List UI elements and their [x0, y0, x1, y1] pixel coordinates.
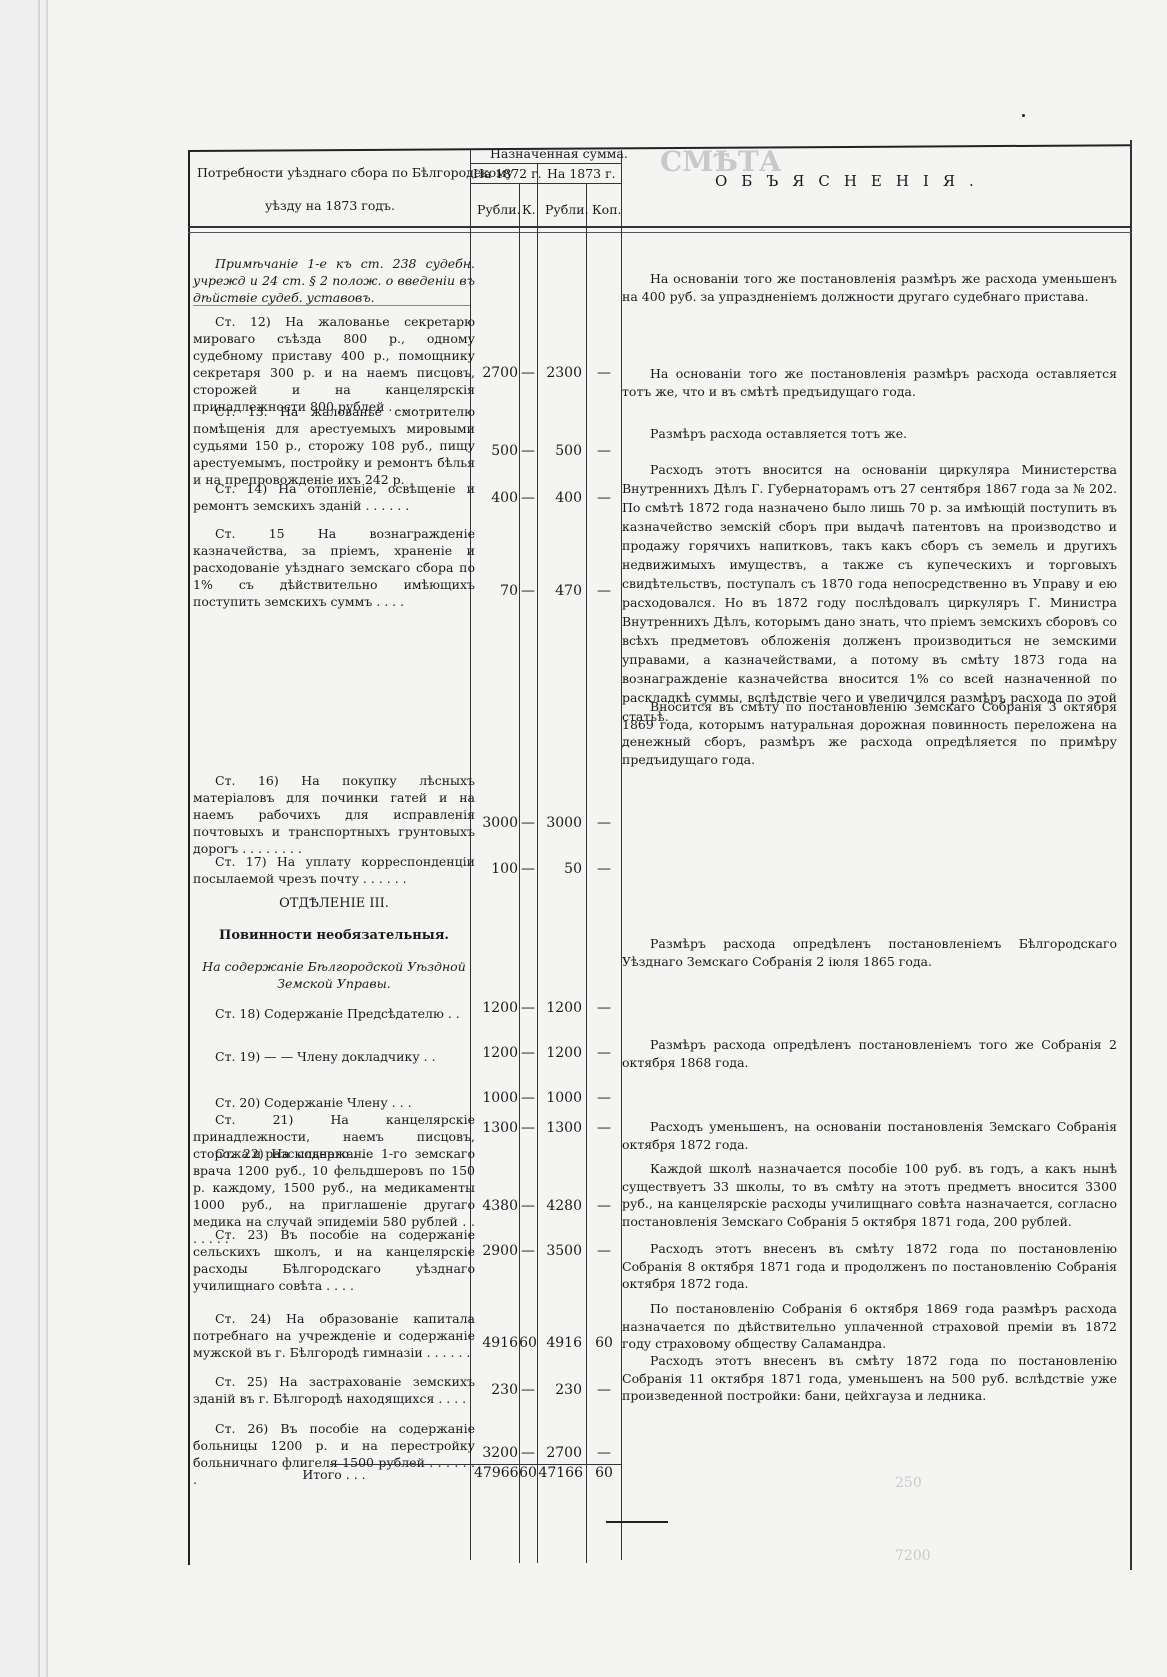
kop-1873: 60 — [590, 1335, 618, 1351]
explanation-text: По постановленію Собранія 6 октября 1869… — [622, 1300, 1117, 1353]
amount-1872: 3000 — [478, 815, 518, 831]
amount-1873: 4280 — [540, 1198, 582, 1214]
row-text: Ст. 20) Содержаніе Члену . . . — [193, 1094, 475, 1111]
amount-1872: 3200 — [478, 1445, 518, 1461]
amount-1872: 1200 — [478, 1000, 518, 1016]
scan-margin — [0, 0, 48, 1677]
kop-1872: — — [518, 1382, 538, 1398]
amount-1873: 470 — [540, 583, 582, 599]
table-row: Ст. 18) Содержаніе Предсѣдателю . . — [193, 1005, 475, 1022]
section-3-heading: На содержаніе Бѣлгородской Уѣздной Земск… — [193, 958, 475, 992]
explanation-st19: Размѣръ расхода опредѣленъ постановленіе… — [622, 1036, 1117, 1071]
kop-1872: — — [518, 365, 538, 381]
explanation-text: Расходъ уменьшенъ, на основаніи постанов… — [622, 1118, 1117, 1153]
explanation-st23: Каждой школѣ назначается пособіе 100 руб… — [622, 1160, 1117, 1230]
table-row: Ст. 17) На уплату корреспонденціи посыла… — [193, 853, 475, 887]
explanations-title: ОБЪЯСНЕНІЯ. — [715, 172, 988, 190]
amount-1872: 100 — [478, 861, 518, 877]
kop-1872: — — [518, 815, 538, 831]
closing-rule — [606, 1521, 668, 1523]
amount-1873: 400 — [540, 490, 582, 506]
explanation-text: Вносится въ смѣту по постановленію Земск… — [622, 698, 1117, 768]
row-text: Ст. 24) На образованіе капитала потребна… — [193, 1310, 475, 1361]
year-1873-header: На 1873 г. — [547, 166, 616, 181]
explanation-text: На основаніи того же постановленія размѣ… — [622, 270, 1117, 305]
total-label: Итого . . . — [193, 1466, 475, 1483]
col-divider — [586, 183, 587, 1563]
amount-1872: 4916 — [478, 1335, 518, 1351]
section-3-title: ОТДѢЛЕНІЕ III. — [193, 895, 475, 912]
note-entry: Примѣчаніе 1-е къ ст. 238 судебн. учрежд… — [193, 255, 475, 306]
row-text: Примѣчаніе 1-е къ ст. 238 судебн. учрежд… — [193, 255, 475, 306]
amount-1873: 2300 — [540, 365, 582, 381]
table-row: Ст. 14) На отопленіе, освѣщеніе и ремонт… — [193, 480, 475, 514]
kop-1872: — — [518, 583, 538, 599]
amount-1872: 2900 — [478, 1243, 518, 1259]
kop-1873: — — [594, 861, 614, 877]
amount-1873: 1300 — [540, 1120, 582, 1136]
kop-1873: — — [594, 1382, 614, 1398]
explanation-st13: Размѣръ расхода оставляется тотъ же. — [622, 425, 1117, 443]
explanation-text: Размѣръ расхода оставляется тотъ же. — [622, 425, 1117, 443]
section-3-subtitle: Повинности необязательныя. — [193, 927, 475, 944]
kop-1873: — — [594, 1120, 614, 1136]
amount-1872: 400 — [478, 490, 518, 506]
kop-1873: — — [594, 1000, 614, 1016]
kop-1872: — — [518, 1045, 538, 1061]
amount-1873: 1000 — [540, 1090, 582, 1106]
header-rule — [470, 183, 621, 184]
amount-1872: 1200 — [478, 1045, 518, 1061]
amount-1873: 230 — [540, 1382, 582, 1398]
amount-1873: 50 — [540, 861, 582, 877]
kop-1872: — — [518, 1090, 538, 1106]
kop-1873: — — [594, 365, 614, 381]
kop-1873-header: Коп. — [592, 202, 622, 217]
row-text: Ст. 14) На отопленіе, освѣщеніе и ремонт… — [193, 480, 475, 514]
kop-1873: — — [594, 490, 614, 506]
explanation-st16: Вносится въ смѣту по постановленію Земск… — [622, 698, 1117, 768]
header-bottom-rule — [188, 226, 1132, 228]
kop-1873: — — [594, 1045, 614, 1061]
table-right-border — [1130, 140, 1132, 1570]
table-row: Ст. 19) — — Члену докладчику . . — [193, 1048, 475, 1065]
kop-1873: — — [594, 1090, 614, 1106]
row-text: Ст. 18) Содержаніе Предсѣдателю . . — [193, 1005, 475, 1022]
explanation-st12: На основаніи того же постановленія размѣ… — [622, 365, 1117, 400]
header-bottom-rule-thin — [188, 232, 1132, 233]
amount-1872: 500 — [478, 443, 518, 459]
header-rule — [470, 163, 621, 164]
total-kop-1873: 60 — [590, 1465, 618, 1481]
table-row: Ст. 15 На вознагражденіе казначейства, з… — [193, 525, 475, 610]
kop-1873: — — [594, 815, 614, 831]
explanation-text: Расходъ этотъ внесенъ въ смѣту 1872 года… — [622, 1240, 1117, 1293]
kop-1872: — — [518, 861, 538, 877]
kop-1872: — — [518, 443, 538, 459]
kop-1873: — — [594, 1445, 614, 1461]
amount-1873: 500 — [540, 443, 582, 459]
assigned-sum-header: Назначенная сумма. — [490, 146, 628, 161]
bleed-through-text: 250 — [895, 1475, 922, 1491]
amount-1873: 4916 — [540, 1335, 582, 1351]
row-text: Ст. 23) Въ пособіе на содержаніе сельски… — [193, 1226, 475, 1294]
row-text: Ст. 13. На жалованье смотрителю помѣщені… — [193, 403, 475, 488]
kop-1873: — — [594, 583, 614, 599]
amount-1872: 70 — [478, 583, 518, 599]
explanation-text: Размѣръ расхода опредѣленъ постановленіе… — [622, 1036, 1117, 1071]
explanation-st18: Размѣръ расхода опредѣленъ постановленіе… — [622, 935, 1117, 970]
amount-1872: 1000 — [478, 1090, 518, 1106]
total-1872: 47966 — [474, 1465, 518, 1481]
total-kop-1872: 60 — [519, 1465, 537, 1481]
table-row: Ст. 12) На жалованье секретарю мироваго … — [193, 313, 475, 415]
explanation-text: Расходъ этотъ вносится на основаніи цирк… — [622, 460, 1117, 726]
table-row: Ст. 24) На образованіе капитала потребна… — [193, 1310, 475, 1361]
row-rule — [193, 305, 470, 306]
kop-1872: — — [518, 1120, 538, 1136]
explanation-text: Расходъ этотъ внесенъ въ смѣту 1872 года… — [622, 1352, 1117, 1405]
rubles-1873-header: Рубли. — [545, 202, 589, 217]
row-text: Ст. 17) На уплату корреспонденціи посыла… — [193, 853, 475, 887]
kop-1872: 60 — [519, 1335, 537, 1351]
kop-1872-header: К. — [522, 202, 536, 217]
table-left-border — [188, 150, 190, 1565]
amount-1872: 1300 — [478, 1120, 518, 1136]
explanation-st24: Расходъ этотъ внесенъ въ смѣту 1872 года… — [622, 1240, 1117, 1293]
total-1873: 47166 — [537, 1465, 583, 1481]
year-1872-header: На 1872 г. — [473, 166, 542, 181]
print-speck — [1022, 114, 1025, 117]
kop-1872: — — [518, 1000, 538, 1016]
explanation-st22: Расходъ уменьшенъ, на основаніи постанов… — [622, 1118, 1117, 1153]
amount-1873: 1200 — [540, 1045, 582, 1061]
bleed-through-text: 7200 — [895, 1548, 931, 1564]
explanation-st25: По постановленію Собранія 6 октября 1869… — [622, 1300, 1117, 1353]
amount-1872: 2700 — [478, 365, 518, 381]
table-row: Ст. 25) На застрахованіе земскихъ зданій… — [193, 1373, 475, 1407]
row-text: Ст. 19) — — Члену докладчику . . — [193, 1048, 475, 1065]
amount-1872: 230 — [478, 1382, 518, 1398]
kop-1873: — — [594, 1198, 614, 1214]
kop-1873: — — [594, 443, 614, 459]
table-row: Ст. 20) Содержаніе Члену . . . — [193, 1094, 475, 1111]
needs-title-line2: уѣзду на 1873 годъ. — [265, 198, 395, 213]
amount-1873: 3000 — [540, 815, 582, 831]
table-row: Ст. 23) Въ пособіе на содержаніе сельски… — [193, 1226, 475, 1294]
kop-1872: — — [518, 1445, 538, 1461]
kop-1872: — — [518, 1243, 538, 1259]
amount-1872: 4380 — [478, 1198, 518, 1214]
kop-1872: — — [518, 1198, 538, 1214]
row-text: Ст. 25) На застрахованіе земскихъ зданій… — [193, 1373, 475, 1407]
amount-1873: 2700 — [540, 1445, 582, 1461]
row-text: Ст. 12) На жалованье секретарю мироваго … — [193, 313, 475, 415]
table-row: Ст. 16) На покупку лѣсныхъ матеріаловъ д… — [193, 772, 475, 857]
amount-1873: 1200 — [540, 1000, 582, 1016]
explanation-note: На основаніи того же постановленія размѣ… — [622, 270, 1117, 305]
rubles-1872-header: Рубли. — [477, 202, 521, 217]
row-text: Ст. 16) На покупку лѣсныхъ матеріаловъ д… — [193, 772, 475, 857]
explanation-st26: Расходъ этотъ внесенъ въ смѣту 1872 года… — [622, 1352, 1117, 1405]
row-text: Ст. 15 На вознагражденіе казначейства, з… — [193, 525, 475, 610]
table-row: Ст. 13. На жалованье смотрителю помѣщені… — [193, 403, 475, 488]
kop-1873: — — [594, 1243, 614, 1259]
explanation-text: На основаніи того же постановленія размѣ… — [622, 365, 1117, 400]
amount-1873: 3500 — [540, 1243, 582, 1259]
explanation-text: Каждой школѣ назначается пособіе 100 руб… — [622, 1160, 1117, 1230]
explanation-text: Размѣръ расхода опредѣленъ постановленіе… — [622, 935, 1117, 970]
needs-title-line1: Потребности уѣзднаго сбора по Бѣлгородск… — [197, 165, 513, 180]
kop-1872: — — [518, 490, 538, 506]
explanation-st15: Расходъ этотъ вносится на основаніи цирк… — [622, 460, 1117, 726]
